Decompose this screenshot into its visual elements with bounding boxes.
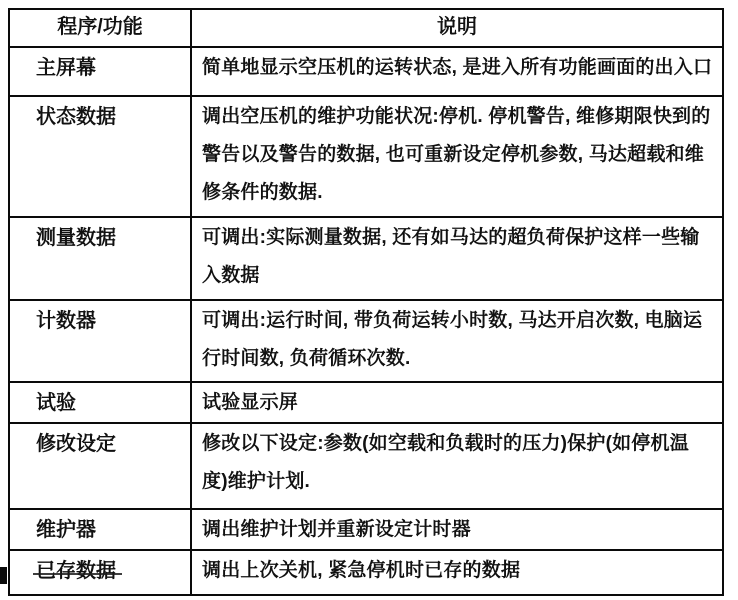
table-row: 已存数据 调出上次关机, 紧急停机时已存的数据	[9, 550, 723, 595]
table-row: 计数器 可调出:运行时间, 带负荷运转小时数, 马达开启次数, 电脑运行时间数,…	[9, 300, 723, 382]
function-label: 试验	[36, 384, 76, 422]
table-row: 维护器 调出维护计划并重新设定计时器	[9, 509, 723, 550]
description-cell: 可调出:运行时间, 带负荷运转小时数, 马达开启次数, 电脑运行时间数, 负荷循…	[191, 300, 723, 382]
manual-page: 程序/功能 说明 主屏幕 简单地显示空压机的运转状态, 是进入所有功能画面的出入…	[0, 0, 738, 600]
header-program-function: 程序/功能	[9, 9, 191, 47]
table-row: 主屏幕 简单地显示空压机的运转状态, 是进入所有功能画面的出入口	[9, 47, 723, 96]
function-cell: 已存数据	[9, 550, 191, 595]
table-row: 状态数据 调出空压机的维护功能状况:停机. 停机警告, 维修期限快到的警告以及警…	[9, 96, 723, 217]
function-cell: 维护器	[9, 509, 191, 550]
description-cell: 调出空压机的维护功能状况:停机. 停机警告, 维修期限快到的警告以及警告的数据,…	[191, 96, 723, 217]
table-row: 修改设定 修改以下设定:参数(如空载和负载时的压力)保护(如停机温度)维护计划.	[9, 423, 723, 509]
function-label: 计数器	[36, 302, 96, 340]
function-cell: 计数器	[9, 300, 191, 382]
function-label: 测量数据	[36, 219, 116, 257]
function-cell: 测量数据	[9, 217, 191, 300]
description-cell: 简单地显示空压机的运转状态, 是进入所有功能画面的出入口	[191, 47, 723, 96]
table-header-row: 程序/功能 说明	[9, 9, 723, 47]
function-label: 已存数据	[36, 552, 116, 590]
description-cell: 试验显示屏	[191, 382, 723, 423]
function-cell: 试验	[9, 382, 191, 423]
function-label: 修改设定	[36, 425, 116, 463]
description-cell: 调出维护计划并重新设定计时器	[191, 509, 723, 550]
header-description: 说明	[191, 9, 723, 47]
table-row: 试验 试验显示屏	[9, 382, 723, 423]
program-function-table: 程序/功能 说明 主屏幕 简单地显示空压机的运转状态, 是进入所有功能画面的出入…	[8, 8, 724, 596]
function-label: 维护器	[36, 511, 96, 549]
function-label: 状态数据	[36, 98, 116, 136]
description-cell: 调出上次关机, 紧急停机时已存的数据	[191, 550, 723, 595]
scan-artifact-mark	[0, 567, 7, 584]
function-label: 主屏幕	[36, 49, 96, 87]
function-cell: 修改设定	[9, 423, 191, 509]
table-row: 测量数据 可调出:实际测量数据, 还有如马达的超负荷保护这样一些输入数据	[9, 217, 723, 300]
function-cell: 主屏幕	[9, 47, 191, 96]
description-cell: 修改以下设定:参数(如空载和负载时的压力)保护(如停机温度)维护计划.	[191, 423, 723, 509]
description-cell: 可调出:实际测量数据, 还有如马达的超负荷保护这样一些输入数据	[191, 217, 723, 300]
function-cell: 状态数据	[9, 96, 191, 217]
